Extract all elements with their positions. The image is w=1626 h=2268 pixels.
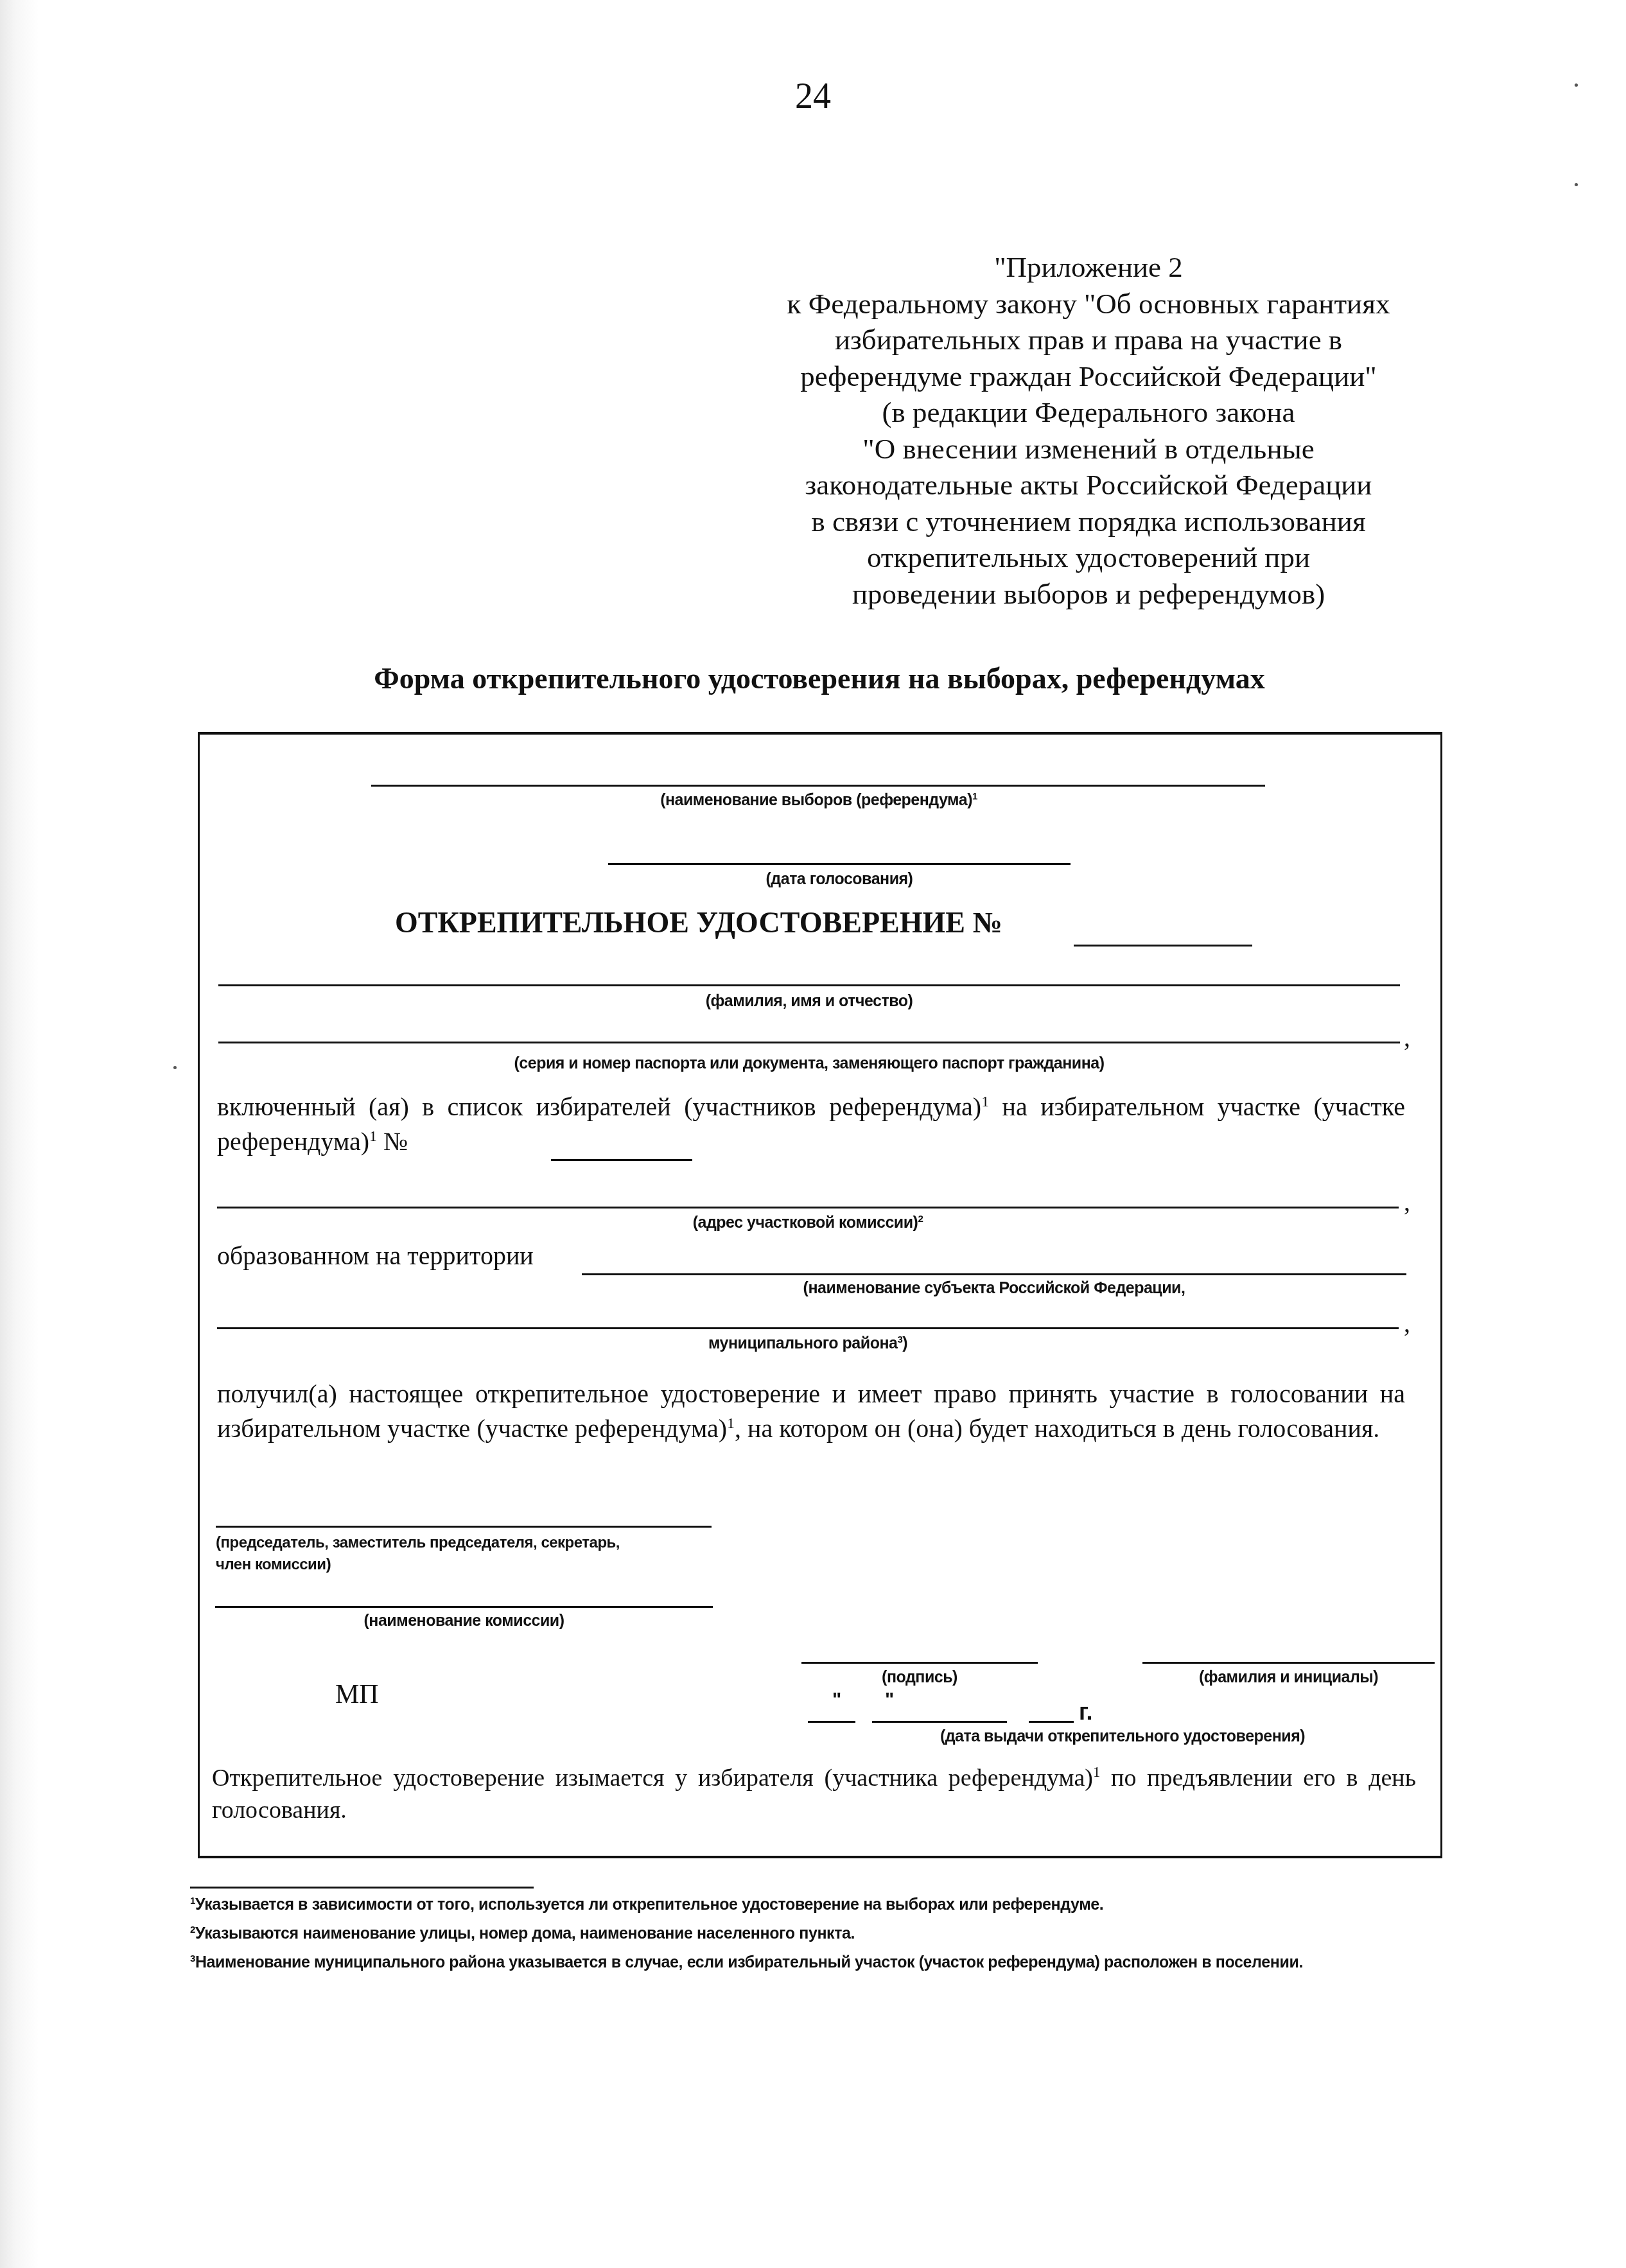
appendix-line: "Приложение 2	[713, 249, 1464, 286]
issue-month-field[interactable]	[872, 1721, 1007, 1723]
signature-caption: (подпись)	[801, 1668, 1038, 1687]
municipal-district-field[interactable]	[217, 1327, 1399, 1329]
commission-address-caption: (адрес участковой комиссии)2	[217, 1214, 1399, 1232]
appendix-line: в связи с уточнением порядка использован…	[713, 503, 1464, 540]
page-number: 24	[0, 76, 1626, 117]
received-certificate-text: получил(а) настоящее открепительное удос…	[217, 1377, 1405, 1446]
issue-date-caption: (дата выдачи открепительного удостоверен…	[801, 1727, 1444, 1746]
comma: ,	[1404, 1187, 1410, 1217]
scan-edge-shadow	[0, 0, 39, 2268]
footnote-2: 2Указываются наименование улицы, номер д…	[190, 1919, 1429, 1948]
included-in-voter-list-text: включенный (ая) в список избирателей (уч…	[217, 1090, 1405, 1159]
appendix-line: референдуме граждан Российской Федерации…	[713, 358, 1464, 395]
voting-date-caption: (дата голосования)	[608, 870, 1071, 889]
commission-name-caption: (наименование комиссии)	[215, 1612, 713, 1630]
certificate-heading: ОТКРЕПИТЕЛЬНОЕ УДОСТОВЕРЕНИЕ №	[395, 905, 1002, 939]
year-suffix: г.	[1079, 1698, 1092, 1725]
passport-field[interactable]	[218, 1042, 1400, 1043]
comma: ,	[1404, 1308, 1410, 1338]
appendix-line: к Федеральному закону "Об основных гаран…	[713, 286, 1464, 322]
footnote-3: 3Наименование муниципального района указ…	[190, 1948, 1429, 1977]
appendix-line: проведении выборов и референдумов)	[713, 576, 1464, 613]
surname-initials-caption: (фамилия и инициалы)	[1142, 1668, 1435, 1687]
appendix-line: законодательные акты Российской Федераци…	[713, 467, 1464, 503]
certificate-number-field[interactable]	[1074, 945, 1252, 946]
form-title: Форма открепительного удостоверения на в…	[0, 661, 1626, 695]
signature-line[interactable]	[801, 1662, 1038, 1664]
official-position-caption: (председатель, заместитель председателя,…	[216, 1532, 620, 1576]
appendix-line: избирательных прав и права на участие в	[713, 322, 1464, 358]
precinct-number-field[interactable]	[551, 1159, 692, 1161]
scan-speck	[1575, 83, 1578, 87]
official-surname-initials-field[interactable]	[1142, 1662, 1435, 1664]
comma: ,	[1404, 1022, 1410, 1052]
issue-day-line[interactable]	[808, 1721, 855, 1723]
appendix-header: "Приложение 2 к Федеральному закону "Об …	[713, 249, 1464, 612]
territory-label: образованном на территории	[217, 1241, 534, 1271]
footnote-separator	[190, 1887, 534, 1889]
scan-speck	[1575, 183, 1578, 186]
federal-subject-field[interactable]	[582, 1273, 1406, 1275]
commission-address-field[interactable]	[217, 1207, 1399, 1208]
quote-open: "	[832, 1689, 841, 1711]
election-name-caption: (наименование выборов (референдума)1	[315, 791, 1323, 810]
appendix-line: (в редакции Федерального закона	[713, 394, 1464, 431]
stamp-placeholder: МП	[335, 1679, 379, 1710]
commission-name-field[interactable]	[215, 1606, 713, 1608]
footnote-1: 1Указывается в зависимости от того, испо…	[190, 1890, 1429, 1919]
official-position-field[interactable]	[216, 1526, 712, 1528]
full-name-caption: (фамилия, имя и отчество)	[218, 992, 1400, 1011]
passport-caption: (серия и номер паспорта или документа, з…	[218, 1054, 1400, 1073]
issue-year-field[interactable]	[1029, 1721, 1074, 1723]
municipal-district-caption: муниципального района3)	[217, 1334, 1399, 1353]
federal-subject-caption: (наименование субъекта Российской Федера…	[582, 1279, 1406, 1298]
quote-close: "	[885, 1689, 894, 1711]
election-name-field[interactable]	[371, 785, 1265, 787]
footnotes: 1Указывается в зависимости от того, испо…	[190, 1890, 1429, 1977]
appendix-line: открепительных удостоверений при	[713, 539, 1464, 576]
voting-date-field[interactable]	[608, 863, 1071, 865]
appendix-line: "О внесении изменений в отдельные	[713, 431, 1464, 467]
full-name-field[interactable]	[218, 984, 1400, 986]
withdrawal-note-text: Открепительное удостоверение изымается у…	[212, 1762, 1416, 1826]
scan-speck	[173, 1066, 177, 1069]
